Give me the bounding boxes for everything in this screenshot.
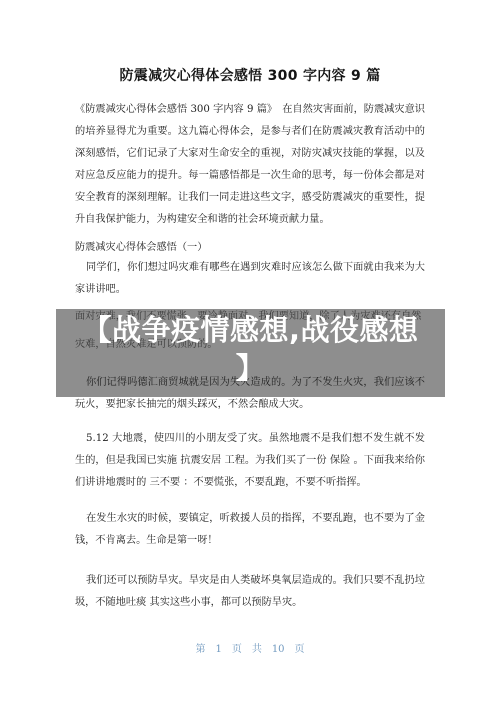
- footer-label-pages: 页: [295, 644, 305, 655]
- paragraph-speech: 同学们，你们想过吗灾难有哪些在遇到灾难时应该怎么做下面就由我来为大家讲讲吧。: [75, 257, 425, 301]
- section-heading: 防震减灾心得体会感悟（一）: [75, 237, 425, 259]
- document-title: 防震减灾心得体会感悟 300 字内容 9 篇: [0, 64, 500, 88]
- paragraph-earthquake: 5.12 大地震，使四川的小朋友受了灾。虽然地震不是我们想不发生就不发生的，但是…: [75, 428, 425, 494]
- footer-page-number: 1: [215, 644, 221, 655]
- footer-label-page-2: 页: [232, 644, 242, 655]
- intro-paragraph: 《防震减灾心得体会感悟 300 字内容 9 篇》 在自然灾害面前，防震减灾意识的…: [75, 99, 425, 231]
- footer-label-page: 第: [195, 644, 205, 655]
- watermark-line-2: 】: [56, 349, 445, 387]
- paragraph-flood: 在发生水灾的时候，要镇定，听救援人员的指挥，不要乱跑，也不要为了金钱，不肯离去。…: [75, 508, 425, 552]
- footer-label-of: 共: [252, 644, 262, 655]
- document-page: 防震减灾心得体会感悟 300 字内容 9 篇 《防震减灾心得体会感悟 300 字…: [0, 0, 500, 706]
- watermark-line-1: 【战争疫情感想,战役感想: [56, 311, 445, 349]
- page-footer: 第1页共10页: [0, 642, 500, 658]
- watermark-banner: 【战争疫情感想,战役感想 】: [56, 309, 445, 397]
- footer-total-pages: 10: [272, 644, 285, 655]
- paragraph-drought: 我们还可以预防旱灾。旱灾是由人类破坏臭氧层造成的。我们只要不乱扔垃圾，不随地吐痰…: [75, 570, 425, 614]
